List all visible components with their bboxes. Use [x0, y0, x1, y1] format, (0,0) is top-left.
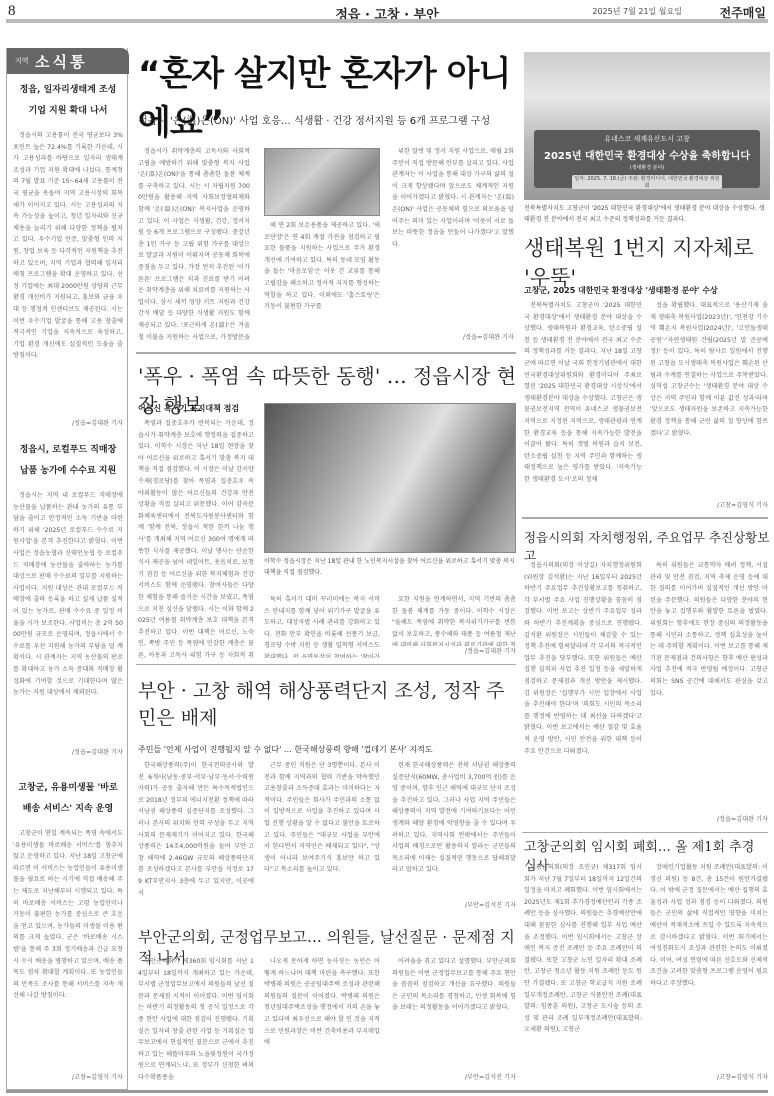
banner-line2: 2025년 대한민국 환경대상 수상을 축하합니다 [534, 147, 760, 162]
buan-council-col1: 부안군의회가 제360회 임시회를 지난 14일부터 18일까지 개최하고 있는… [138, 956, 254, 1084]
heat-article-col1: 폭염과 집중호우가 반복되는 가운데, 정읍시가 취약계층 보호에 행정력을 집… [138, 418, 254, 658]
main-article-col2: 해 연 2회 보온용품을 제공하고 있다. '새로단장'은 연 4회 계절 가전… [264, 220, 380, 344]
award-banner: 유네스코 세계유산도시 고창 2025년 대한민국 환경대상 수상을 축하합니다… [534, 130, 760, 188]
award-photo: 유네스코 세계유산도시 고창 2025년 대한민국 환경대상 수상을 축하합니다… [524, 52, 770, 200]
byline: /고창=김영식 기자 [650, 1072, 768, 1084]
bottom-rule [6, 1090, 768, 1093]
sidebar-article-body: 정읍시의 고용률이 전국 평균보다 3%포인트 높은 72.4%를 기록한 가운… [13, 130, 123, 426]
sidebar-article-title[interactable]: 납품 농가에 수수료 지원 [9, 461, 127, 482]
heat-photo-caption: 이학수 정읍시장은 지난 18일 관내 한 노인복지시설을 찾아 어르신을 위로… [264, 556, 516, 578]
byline: /부안=김석진 기자 [392, 1072, 516, 1084]
byline: /정읍=김대완 기자 [13, 418, 123, 430]
divider [136, 352, 516, 354]
main-subheadline: 정읍시 '온(溫)온(ON)' 사업 호응… 식생활 · 건강 정서지원 등 6… [138, 112, 518, 127]
wind-article-col1: 한국해상풍력(주)이 한국전력공사와 발전 6개사(남동·중부·서부·남부·동서… [138, 760, 254, 912]
main-article-col3: 위한 말벗 및 정서 지원 사업으로, 매월 2회 주민이 직접 방문해 안부를… [392, 146, 514, 332]
divider [522, 832, 768, 833]
heat-kicker: 어르신 혹서기 복지대책 점검 [138, 403, 258, 414]
sidebar-article-title[interactable]: 정읍, 일자리생태계 조성 [9, 80, 127, 101]
jeongeup-council-col2: 특히 위원들은 교통약자 배려 정책, 시설 관리 및 안전 점검, 지역 축제… [650, 560, 768, 814]
main-article-photo [264, 148, 380, 216]
divider [136, 664, 516, 665]
jeongeup-council-headline[interactable]: 정읍시의회 자치행정위, 주요업무 추진상황보고 [524, 528, 770, 564]
award-col2: 성을 확립했다. 대표적으로 '용산기재 솔재 생태축 복원사업(2023년)'… [650, 300, 768, 500]
byline: /정읍=김대완 기자 [392, 332, 514, 344]
sidebar-tag-big: 소식통 [35, 51, 87, 72]
byline: /고창=김영식 기자 [13, 1072, 123, 1084]
sidebar-news-box: 지역 소식통 정읍, 일자리생태계 조성 기업 지원 확대 나서 정읍시의 고용… [6, 48, 128, 1090]
award-photo-caption: 전북특별자치도 고창군이 '2025 대한민국 환경대상'에서 생태환경 분야 … [524, 203, 770, 225]
wind-headline[interactable]: 부안 · 고창 해역 해상풍력단지 조성, 정작 주민은 배제 [138, 676, 518, 730]
jeongeup-council-col1: 정읍시의회(의장 이상길) 자치행정위원회(위원장 김석환)는 지난 16일부터… [524, 560, 642, 826]
banner-line4: 일자: 2025. 7. 18.(금) 주관: 환경미디어, 대한민국 환경대상… [572, 175, 722, 189]
gochang-council-col2: 장애인기업활동 지원 조례안(대표발의: 이경신 의원) 등 8건, 총 15건… [650, 862, 768, 1072]
heat-article-col3: 요한 지원을 연계하면서, 지역 기반의 촘촘한 돌봄 체계를 가동 중이다. … [392, 594, 516, 646]
sidebar-tag-small: 지역 [15, 56, 29, 66]
byline: /정읍=김대완 기자 [13, 747, 123, 759]
gochang-council-col1: 고창군의회(의장 조민규) 제317회 임시회가 지난 7월 7일부터 18일까… [524, 862, 642, 1084]
buan-council-col2: 나오게 못하게 하면 농사짓는 농민은 어떻게 하느냐며 대책 마련을 촉구했다… [264, 956, 380, 1084]
wind-subheadline: 주민들 '언제 사업이 진행될지 알 수 없다' … 한국해상풍력 향해 '껍데… [138, 744, 518, 755]
sidebar-article-title[interactable]: 배송 서비스' 지속 운영 [9, 799, 127, 820]
award-headline[interactable]: 생태복원 1번지 지자체로 '우뚝' [524, 232, 770, 292]
banner-line3: (생태환경 분야) [534, 164, 760, 171]
wind-article-col3: 현재 한국해상풍력은 전북 서남권 해상풍력 실증단지(60MW, 총사업비 3… [392, 760, 516, 900]
heat-article-col2: 특히 혹서기 대비 꾸러미에는 복지 서비스 안내지를 함께 넣어 위기가구 발… [264, 594, 380, 658]
sidebar-article-title[interactable]: 고창군, 유용미생물 '바로 [9, 778, 127, 799]
award-subheadline: 고창군, 2025 대한민국 환경대상 '생태환경 분야' 수상 [524, 285, 770, 296]
sidebar-article-body: 정읍시는 지역 내 로컬푸드 직매장에 농산물을 납품하는 관내 농가의 유통 … [13, 490, 123, 754]
heat-article-photo [264, 403, 516, 553]
sidebar-article-title[interactable]: 기업 지원 확대 나서 [9, 101, 127, 122]
issue-date: 2025년 7월 21일 월요일 [592, 6, 682, 17]
sidebar-article-body: 고창군이 연일 계속되는 폭염 속에서도 '유용미생물 바로배송 서비스'를 멈… [13, 828, 123, 1078]
byline: /부안=김석진 기자 [392, 900, 516, 912]
byline: /정읍=김대완 기자 [392, 646, 516, 658]
divider [522, 517, 768, 519]
byline: /고창=김영식 기자 [650, 500, 768, 512]
main-article-col1: 정읍시가 취약계층의 고독사와 사회적 고립을 예방하기 위해 맞춤형 복지 사… [138, 146, 250, 344]
byline: /정읍=김대완 기자 [650, 814, 768, 826]
wind-article-col2: 근무 중인 직원은 단 3명뿐이다. 본사 이전과 함께 지역과의 협력 기반을… [264, 760, 380, 912]
sidebar-article-title[interactable]: 정읍시, 로컬푸드 직매장 [9, 440, 127, 461]
buan-council-col3: 어려움을 겪고 있다고 설명했다. 부안군의회 의원들은 이번 군정업무보고를 … [392, 956, 516, 1066]
award-col1: 전북특별자치도 고창군이 '2025 대한민국 환경대상'에서 생태환경 분야 … [524, 300, 642, 512]
banner-line1: 유네스코 세계유산도시 고창 [534, 134, 760, 144]
main-headline[interactable]: “혼자 살지만 혼자가 아니에요” [138, 46, 518, 144]
header-rule [6, 19, 768, 23]
sidebar-tag: 지역 소식통 [7, 48, 129, 74]
